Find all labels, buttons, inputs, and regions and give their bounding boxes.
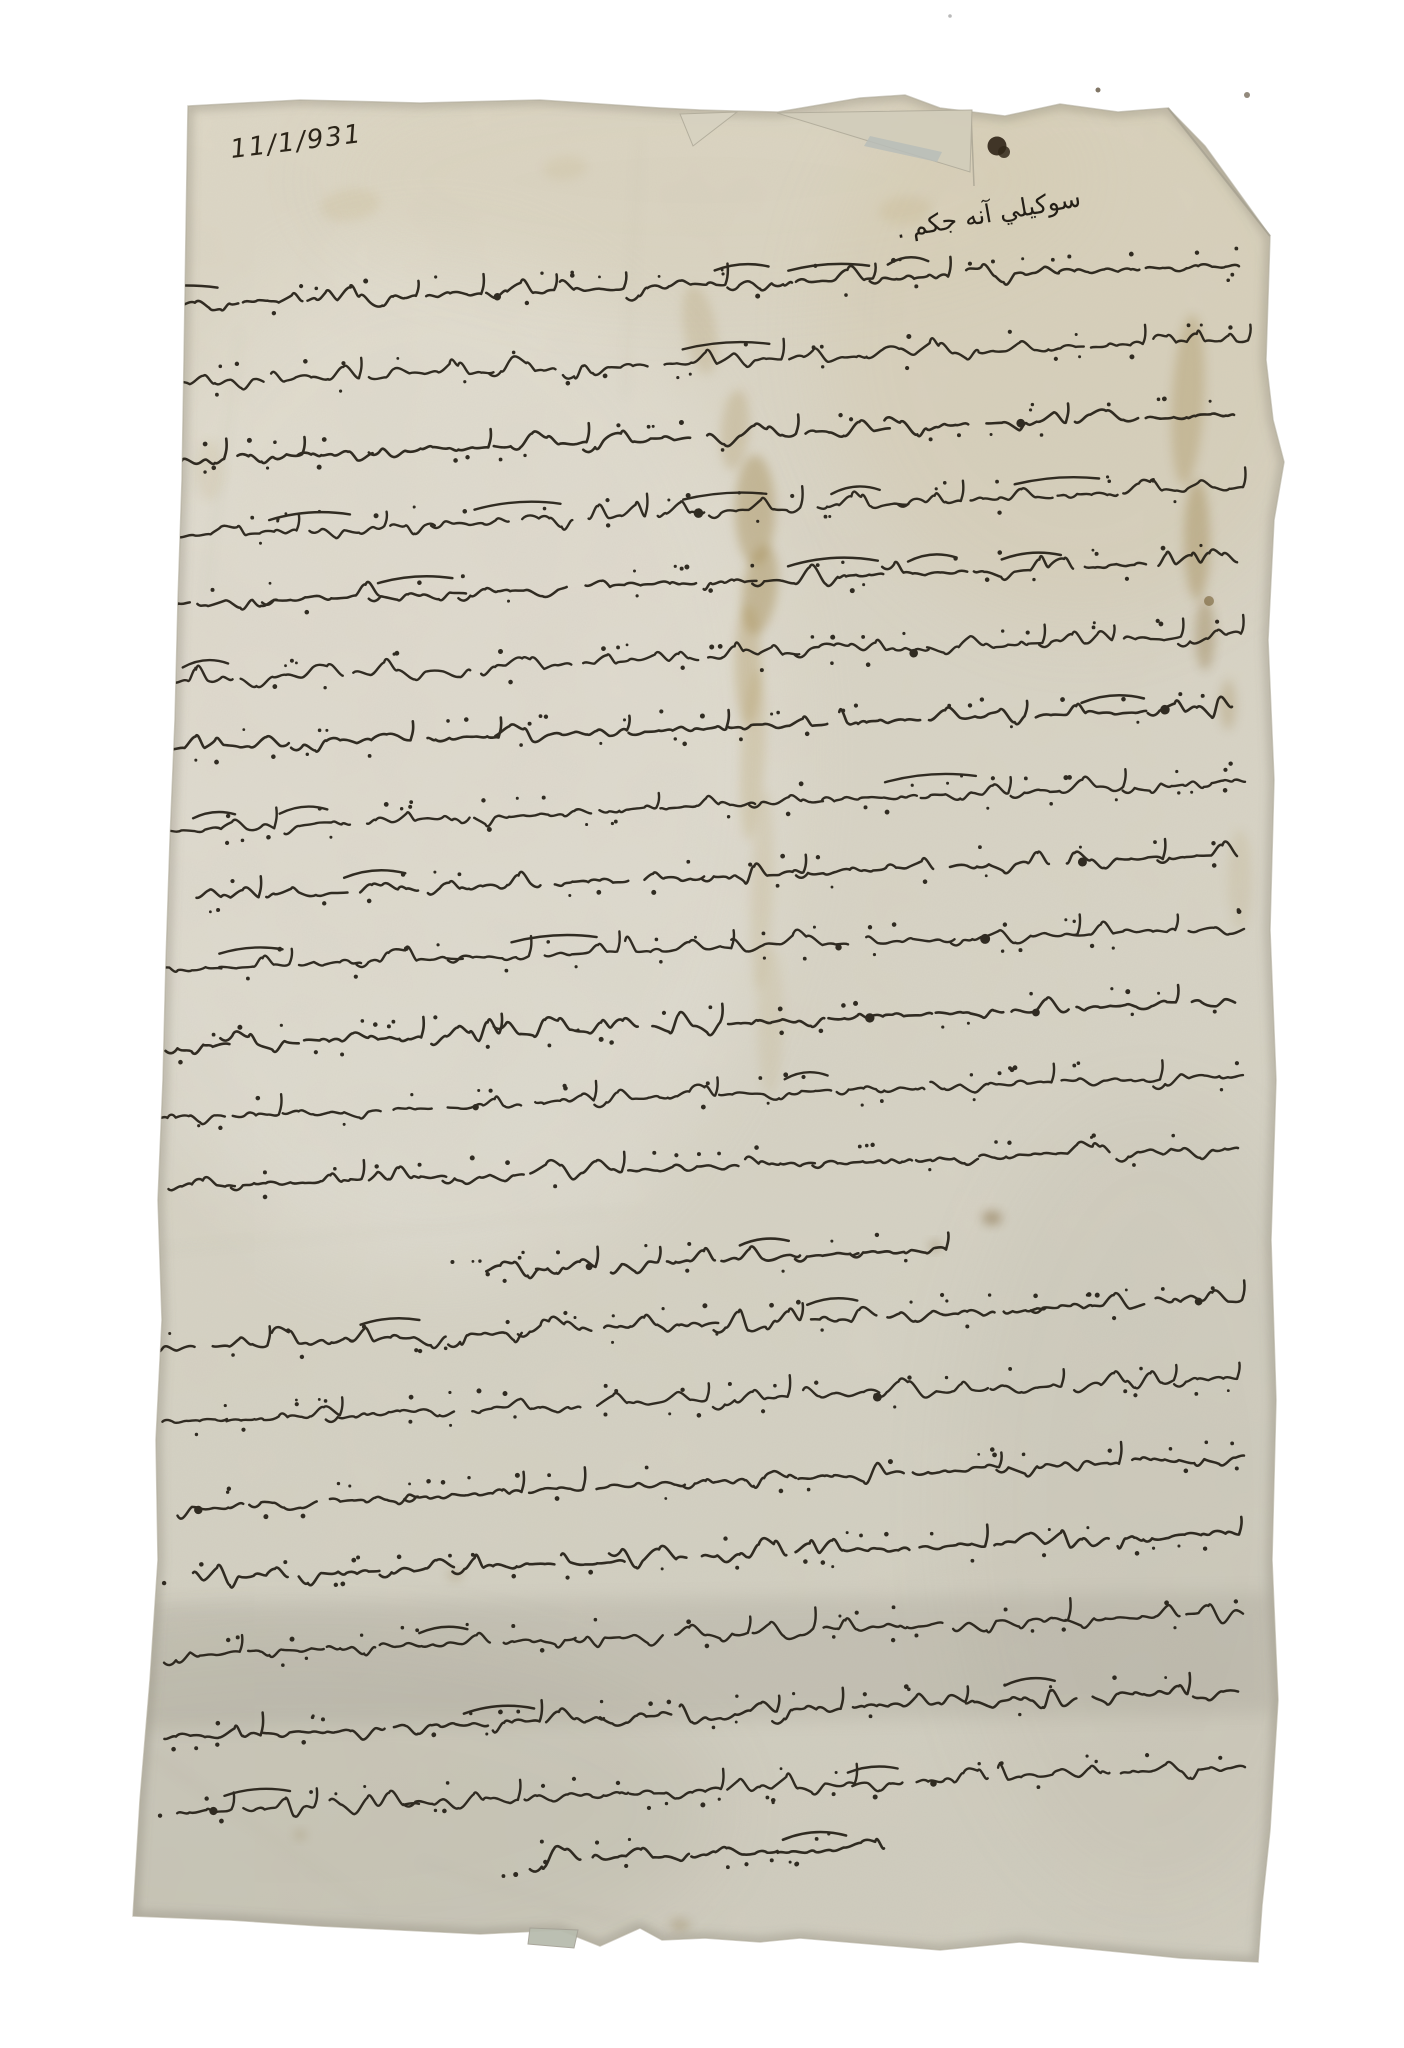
letter-canvas (0, 0, 1404, 2048)
letter-photograph: 11/1/931 سوكيلي آنه جكم . (0, 0, 1404, 2048)
